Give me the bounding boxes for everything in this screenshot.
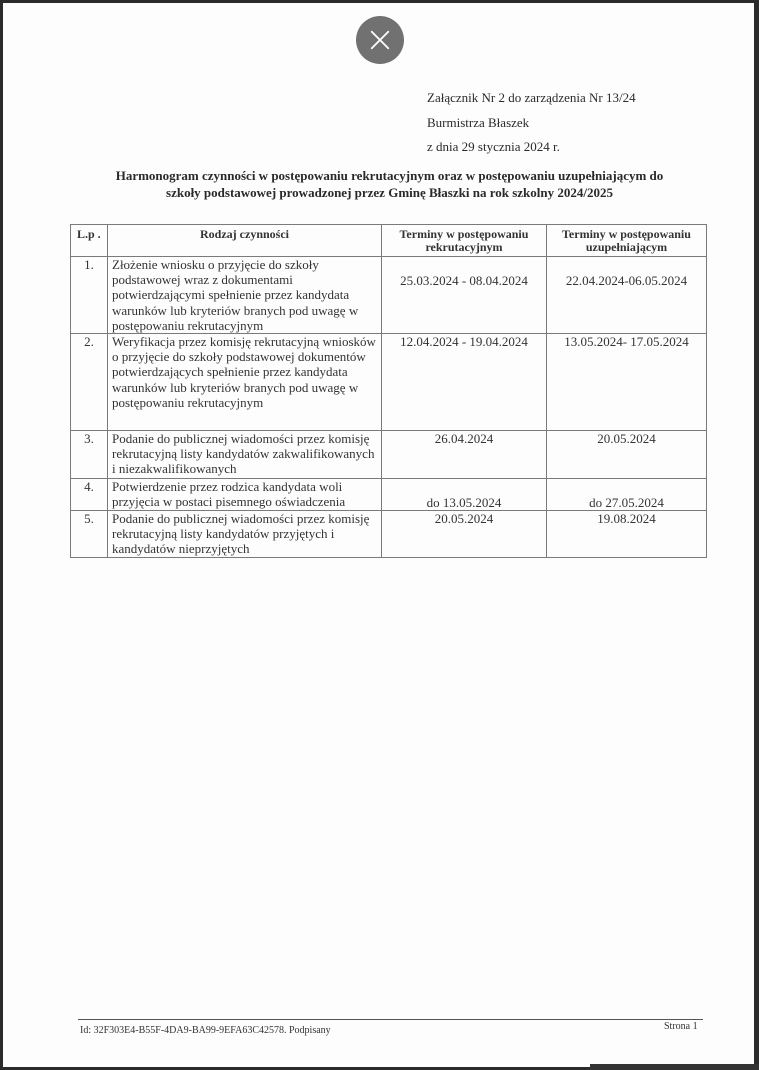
row-supplementary-date: 20.05.2024 (547, 431, 707, 479)
document-title: Harmonogram czynności w postępowaniu rek… (73, 167, 706, 201)
row-lp: 2. (71, 334, 108, 431)
footer-document-id: Id: 32F303E4-B55F-4DA9-BA99-9EFA63C42578… (80, 1025, 331, 1036)
viewer-edge-right (754, 0, 759, 1070)
row-lp: 5. (71, 511, 108, 558)
row-activity: Złożenie wniosku o przyjęcie do szkoły p… (108, 257, 382, 334)
row-recruitment-date: 20.05.2024 (382, 511, 547, 558)
row-activity: Podanie do publicznej wiadomości przez k… (108, 511, 382, 558)
title-line-1: Harmonogram czynności w postępowaniu rek… (73, 167, 706, 184)
close-x-icon (369, 29, 391, 51)
row-recruitment-date: 26.04.2024 (382, 431, 547, 479)
attachment-line-1: Załącznik Nr 2 do zarządzenia Nr 13/24 (427, 86, 636, 111)
attachment-header: Załącznik Nr 2 do zarządzenia Nr 13/24 B… (427, 86, 636, 160)
title-line-2: szkoły podstawowej prowadzonej przez Gmi… (73, 184, 706, 201)
header-lp: L.p . (71, 225, 108, 257)
header-activity: Rodzaj czynności (108, 225, 382, 257)
table-row: 2. Weryfikacja przez komisję rekrutacyjn… (71, 334, 707, 431)
header-supplementary: Terminy w postępowaniu uzupełniającym (547, 225, 707, 257)
row-recruitment-date: do 13.05.2024 (382, 479, 547, 511)
attachment-line-3: z dnia 29 stycznia 2024 r. (427, 135, 636, 160)
row-supplementary-date: do 27.05.2024 (547, 479, 707, 511)
header-recruitment: Terminy w postępowaniu rekrutacyjnym (382, 225, 547, 257)
close-button[interactable] (356, 16, 404, 64)
row-recruitment-date: 12.04.2024 - 19.04.2024 (382, 334, 547, 431)
row-lp: 3. (71, 431, 108, 479)
table-row: 1. Złożenie wniosku o przyjęcie do szkoł… (71, 257, 707, 334)
table-header-row: L.p . Rodzaj czynności Terminy w postępo… (71, 225, 707, 257)
row-lp: 4. (71, 479, 108, 511)
row-lp: 1. (71, 257, 108, 334)
attachment-line-2: Burmistrza Błaszek (427, 111, 636, 136)
schedule-table: L.p . Rodzaj czynności Terminy w postępo… (70, 224, 707, 558)
row-supplementary-date: 22.04.2024-06.05.2024 (547, 257, 707, 334)
viewer-edge-bottom (590, 1064, 759, 1070)
row-supplementary-date: 19.08.2024 (547, 511, 707, 558)
row-activity: Podanie do publicznej wiadomości przez k… (108, 431, 382, 479)
row-supplementary-date: 13.05.2024- 17.05.2024 (547, 334, 707, 431)
footer-page-number: Strona 1 (664, 1021, 698, 1032)
table-row: 5. Podanie do publicznej wiadomości prze… (71, 511, 707, 558)
row-activity: Weryfikacja przez komisję rekrutacyjną w… (108, 334, 382, 431)
row-recruitment-date: 25.03.2024 - 08.04.2024 (382, 257, 547, 334)
table-row: 4. Potwierdzenie przez rodzica kandydata… (71, 479, 707, 511)
row-activity: Potwierdzenie przez rodzica kandydata wo… (108, 479, 382, 511)
table-row: 3. Podanie do publicznej wiadomości prze… (71, 431, 707, 479)
footer-divider (78, 1019, 703, 1020)
